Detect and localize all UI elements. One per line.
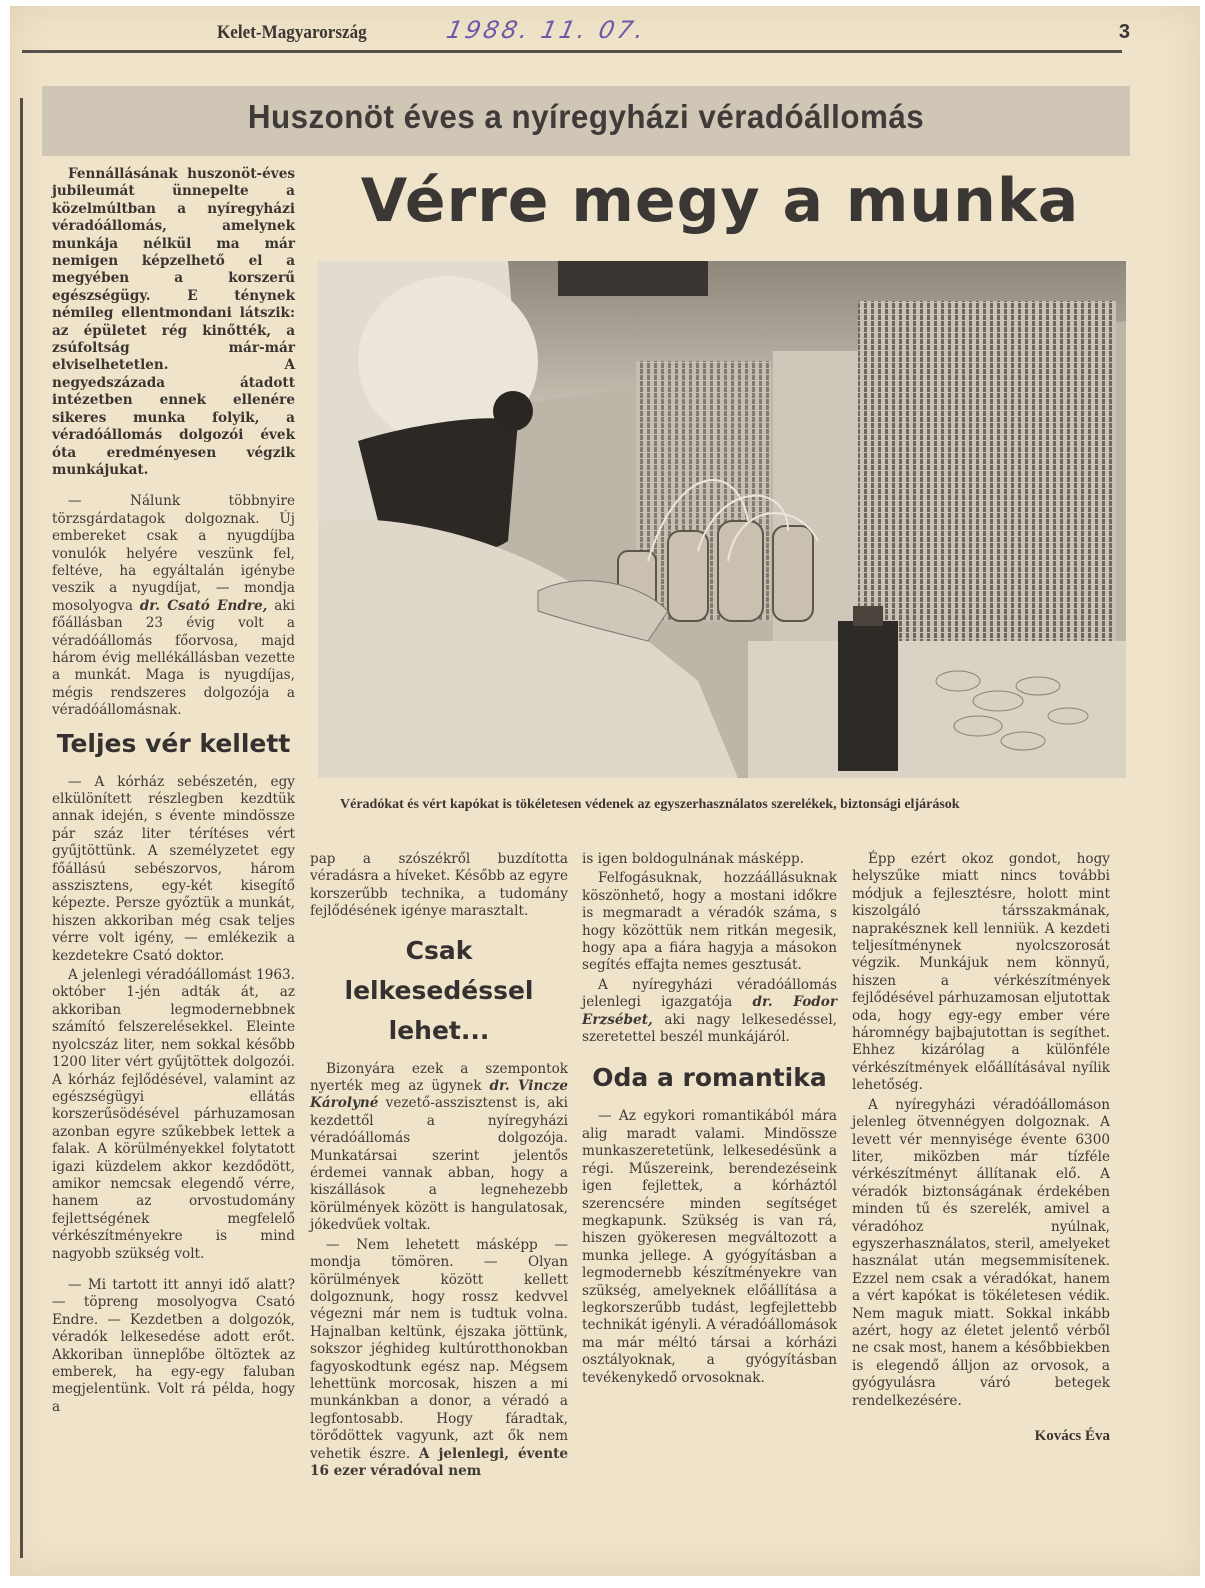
kicker-headline: Huszonöt éves a nyíregyházi véradóállomá… [69, 98, 1103, 136]
article-photo [318, 261, 1126, 778]
paragraph: — Mi tartott itt annyi idő alatt? — töpr… [52, 1277, 295, 1416]
lead-paragraph: Fennállásának huszonöt-éves jubileumát ü… [52, 166, 295, 479]
article-column-2: pap a szószékről buzdította véradásra a … [310, 851, 568, 1480]
subheading: Csak lelkesedéssel lehet... [310, 931, 568, 1051]
paragraph: Épp ezért okoz gondot, hogy helyszűke mi… [852, 851, 1110, 1095]
clipping-edge [20, 98, 23, 1558]
photo-illustration [318, 261, 1126, 778]
photo-caption: Véradókat és vért kapókat is tökéletesen… [340, 796, 1130, 813]
paragraph: — Nálunk többnyire törzsgárdatagok dolgo… [52, 493, 295, 719]
paragraph: Felfogásuknak, hozzáállásuknak köszönhet… [582, 870, 837, 974]
paragraph: — Nem lehetett másképp — mondja tömören.… [310, 1237, 568, 1481]
handwritten-date: 1988. 11. 07. [444, 16, 649, 44]
page-number: 3 [1119, 21, 1130, 44]
article-column-3: is igen boldogulnának másképp. Felfogásu… [582, 851, 837, 1387]
subheading: Teljes vér kellett [52, 724, 295, 764]
newspaper-clipping: Kelet-Magyarország 1988. 11. 07. 3 Huszo… [10, 6, 1200, 1576]
paragraph: — Az egykori romantikából mára alig mara… [582, 1108, 837, 1387]
paragraph: — A kórház sebészetén, egy elkülönített … [52, 774, 295, 965]
person-name: dr. Csató Endre, [140, 598, 268, 614]
kicker-band: Huszonöt éves a nyíregyházi véradóállomá… [42, 86, 1130, 156]
main-headline: Vérre megy a munka [320, 166, 1120, 236]
author-byline: Kovács Éva [852, 1428, 1110, 1445]
article-column-1: Fennállásának huszonöt-éves jubileumát ü… [52, 166, 295, 1416]
masthead-rule [22, 50, 1122, 53]
paragraph: is igen boldogulnának másképp. [582, 851, 837, 868]
paragraph: A nyíregyházi véradóállomás jelenlegi ig… [582, 977, 837, 1047]
paragraph: Bizonyára ezek a szempontok nyerték meg … [310, 1061, 568, 1235]
paragraph: A nyíregyházi véradóállomáson jelenleg ö… [852, 1097, 1110, 1410]
article-column-4: Épp ezért okoz gondot, hogy helyszűke mi… [852, 851, 1110, 1445]
newspaper-name: Kelet-Magyarország [217, 22, 367, 44]
masthead: Kelet-Magyarország 1988. 11. 07. 3 [22, 16, 1122, 52]
paragraph: A jelenlegi véradóállomást 1963. október… [52, 967, 295, 1263]
subheading: Oda a romantika [582, 1058, 837, 1098]
paragraph: pap a szószékről buzdította véradásra a … [310, 851, 568, 921]
